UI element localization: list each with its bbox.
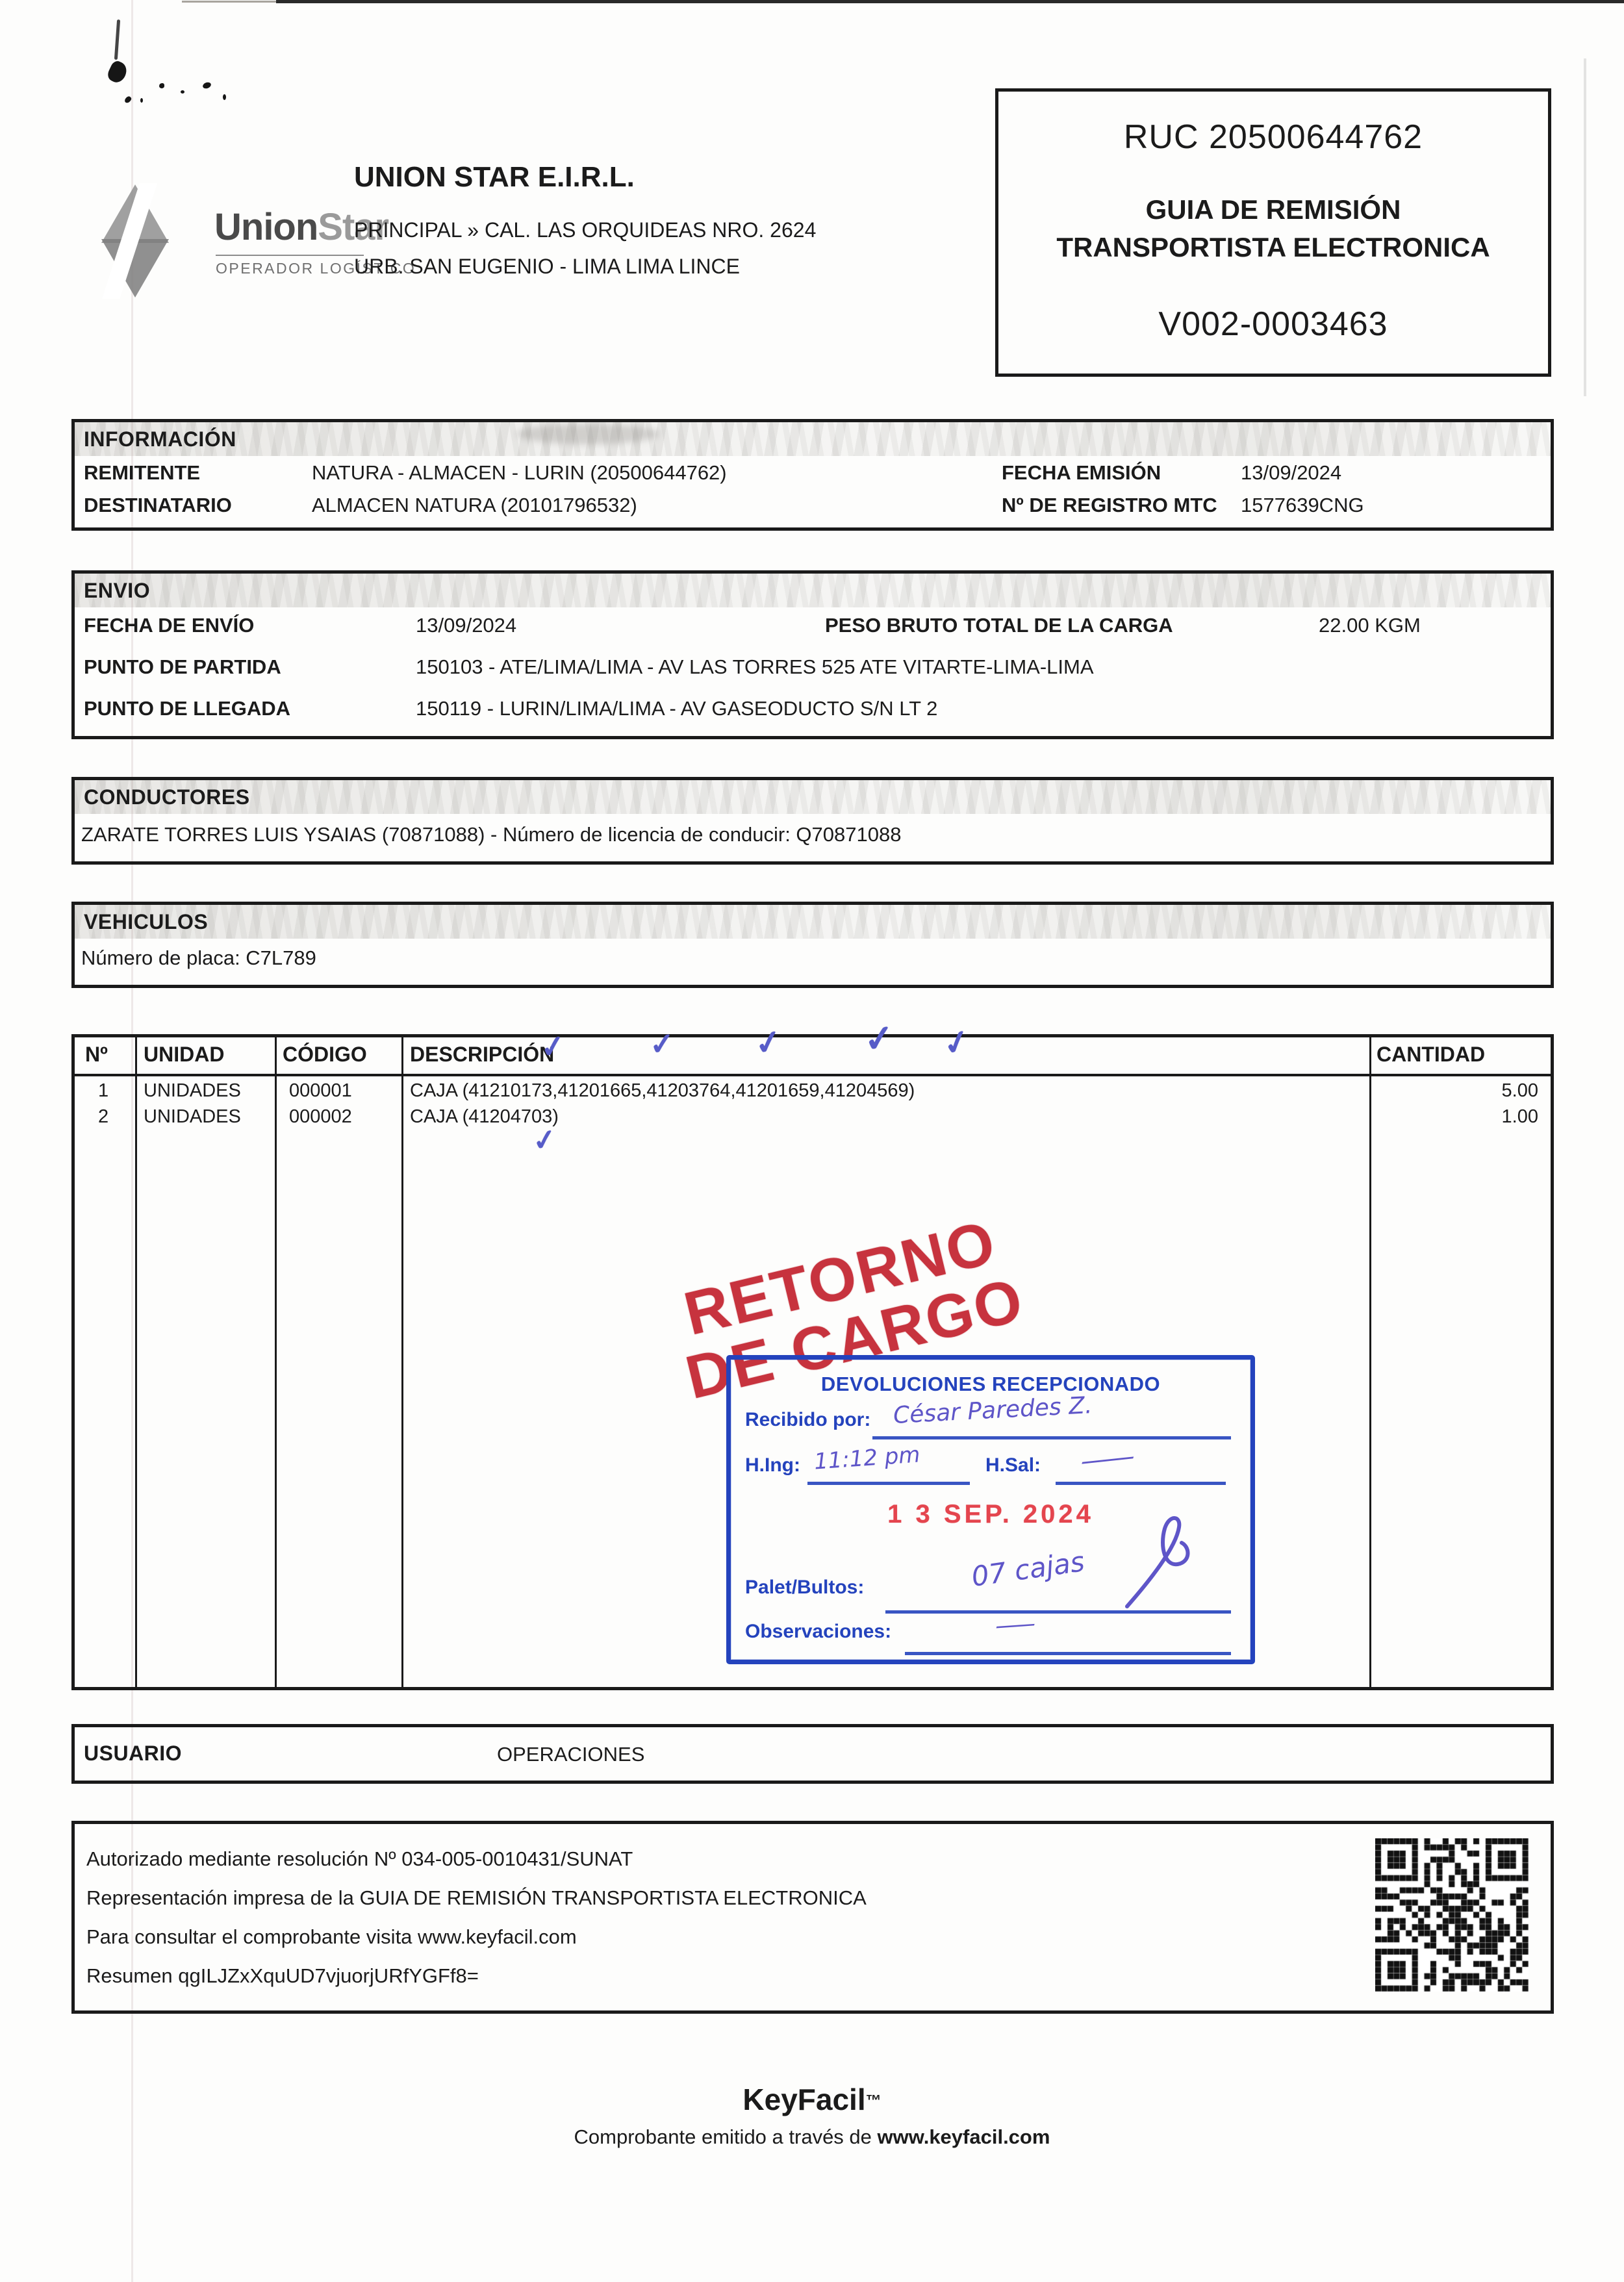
fecha-envio-value: 13/09/2024 [416,614,516,637]
vehiculos-title: VEHICULOS [84,910,208,934]
doc-type-line1: GUIA DE REMISIÓN [998,194,1548,225]
qr-code [1375,1838,1529,1992]
observaciones-handwriting: — [993,1610,1037,1640]
ink-speck [181,90,184,94]
cell-unidad: UNIDADES [144,1080,241,1102]
cell-unidad: UNIDADES [144,1106,241,1128]
col-header-unidad: UNIDAD [144,1043,224,1067]
doc-number: V002-0003463 [998,305,1548,344]
envio-section: ENVIO FECHA DE ENVÍO 13/09/2024 PESO BRU… [71,570,1554,739]
auth-line4: Resumen qgILJZxXquUD7vjuorjURfYGFf8= [86,1964,479,1988]
usuario-value: OPERACIONES [497,1743,644,1766]
punto-llegada-label: PUNTO DE LLEGADA [84,697,290,720]
ink-blot [105,59,129,85]
informacion-section: INFORMACIÓN REMITENTE NATURA - ALMACEN -… [71,419,1554,531]
remitente-value: NATURA - ALMACEN - LURIN (20500644762) [312,461,727,485]
hing-underline [807,1482,970,1485]
ruc-number: RUC 20500644762 [998,118,1548,157]
pen-checkmark: ✓ [538,1028,568,1066]
cell-cantidad: 1.00 [1369,1106,1538,1128]
palet-bultos-label: Palet/Bultos: [745,1577,864,1599]
auth-line3: Para consultar el comprobante visita www… [86,1925,577,1949]
hsal-label: H.Sal: [985,1454,1041,1477]
scan-gray-band [75,422,1551,456]
placa-detail: Número de placa: C7L789 [81,946,316,970]
punto-partida-label: PUNTO DE PARTIDA [84,655,281,679]
scan-gray-band [75,780,1551,814]
hsal-underline [1056,1482,1226,1485]
cell-numero: 2 [98,1106,108,1128]
palet-underline [885,1610,1231,1614]
keyfacil-brand-name: KeyFacil [742,2083,865,2116]
scan-gray-band [75,574,1551,607]
conductores-title: CONDUCTORES [84,785,250,809]
vehiculos-section: VEHICULOS Número de placa: C7L789 [71,902,1554,988]
table-column-divider [275,1037,277,1687]
doc-type-line2: TRANSPORTISTA ELECTRONICA [998,232,1548,263]
peso-bruto-value: 22.00 KGM [1319,614,1421,637]
ruc-box: RUC 20500644762 GUIA DE REMISIÓN TRANSPO… [995,88,1551,377]
cell-codigo: 000001 [289,1080,352,1102]
cell-numero: 1 [98,1080,108,1102]
ink-streak [114,19,120,60]
recibido-por-label: Recibido por: [745,1409,870,1431]
tagline-prefix: Comprobante emitido a través de [574,2125,878,2148]
usuario-section: USUARIO OPERACIONES [71,1724,1554,1784]
hing-handwriting: 11:12 pm [813,1441,921,1475]
registro-mtc-value: 1577639CNG [1241,494,1364,517]
auth-line2: Representación impresa de la GUIA DE REM… [86,1886,867,1910]
ink-speck [202,81,212,90]
conductor-detail: ZARATE TORRES LUIS YSAIAS (70871088) - N… [81,823,901,846]
fecha-emision-label: FECHA EMISIÓN [1002,461,1161,485]
table-header-underline [75,1074,1551,1076]
table-column-divider [1369,1037,1371,1687]
scan-top-edge [276,0,1624,3]
scan-vertical-line-right [1584,58,1586,396]
table-column-divider [401,1037,403,1687]
destinatario-label: DESTINATARIO [84,494,232,517]
recibido-underline [872,1436,1231,1439]
scan-top-edge-light [182,1,276,3]
recibido-por-handwriting: César Paredes Z. [893,1392,1093,1429]
keyfacil-tagline: Comprobante emitido a través de www.keyf… [0,2125,1624,2149]
authorization-box: Autorizado mediante resolución Nº 034-00… [71,1821,1554,2014]
palet-bultos-handwriting: 07 cajas [969,1545,1086,1593]
observaciones-underline [905,1652,1231,1655]
remitente-label: REMITENTE [84,461,200,485]
observaciones-label: Observaciones: [745,1621,891,1643]
hing-label: H.Ing: [745,1454,800,1477]
informacion-title: INFORMACIÓN [84,427,236,451]
company-address-line1: PRINCIPAL » CAL. LAS ORQUIDEAS NRO. 2624 [354,218,816,242]
cell-cantidad: 5.00 [1369,1080,1538,1102]
company-address-line2: URB. SAN EUGENIO - LIMA LIMA LINCE [354,255,740,279]
cell-descripcion: CAJA (41210173,41201665,41203764,4120165… [410,1080,915,1102]
ink-speck [159,83,164,88]
destinatario-value: ALMACEN NATURA (20101796532) [312,494,637,517]
peso-bruto-label: PESO BRUTO TOTAL DE LA CARGA [825,614,1173,637]
envio-title: ENVIO [84,579,150,603]
usuario-title: USUARIO [84,1742,182,1766]
devoluciones-stamp: DEVOLUCIONES RECEPCIONADO Recibido por: … [726,1355,1255,1664]
trademark-symbol: ™ [866,2092,882,2110]
table-column-divider [135,1037,137,1687]
col-header-codigo: CÓDIGO [283,1043,367,1067]
pen-checkmark: ✓ [648,1026,676,1063]
tagline-url: www.keyfacil.com [878,2125,1050,2148]
conductores-section: CONDUCTORES ZARATE TORRES LUIS YSAIAS (7… [71,777,1554,865]
punto-llegada-value: 150119 - LURIN/LIMA/LIMA - AV GASEODUCTO… [416,697,937,720]
pen-checkmark: ✓ [862,1016,897,1062]
devoluciones-title: DEVOLUCIONES RECEPCIONADO [731,1373,1250,1396]
hsal-handwriting: — [1078,1441,1137,1477]
col-header-descripcion: DESCRIPCIÓN [410,1043,554,1067]
unionstar-logo-icon [60,183,210,299]
pen-checkmark: ✓ [752,1022,785,1063]
scan-smudge [516,424,659,444]
registro-mtc-label: Nº DE REGISTRO MTC [1002,494,1217,517]
scan-gray-band [75,905,1551,939]
signature-flourish-icon [1114,1509,1199,1616]
cell-codigo: 000002 [289,1106,352,1128]
col-header-cantidad: CANTIDAD [1377,1043,1485,1067]
fecha-envio-label: FECHA DE ENVÍO [84,614,254,637]
logo-word-union: Union [214,206,318,248]
auth-line1: Autorizado mediante resolución Nº 034-00… [86,1847,633,1871]
fecha-emision-value: 13/09/2024 [1241,461,1341,485]
logo-divider [216,255,364,256]
ink-speck [223,94,226,100]
keyfacil-brand: KeyFacil™ [0,2082,1624,2117]
pen-checkmark: ✓ [531,1122,559,1159]
punto-partida-value: 150103 - ATE/LIMA/LIMA - AV LAS TORRES 5… [416,655,1094,679]
ink-speck [140,98,143,103]
col-header-numero: Nº [85,1043,108,1067]
company-name: UNION STAR E.I.R.L. [354,161,635,194]
